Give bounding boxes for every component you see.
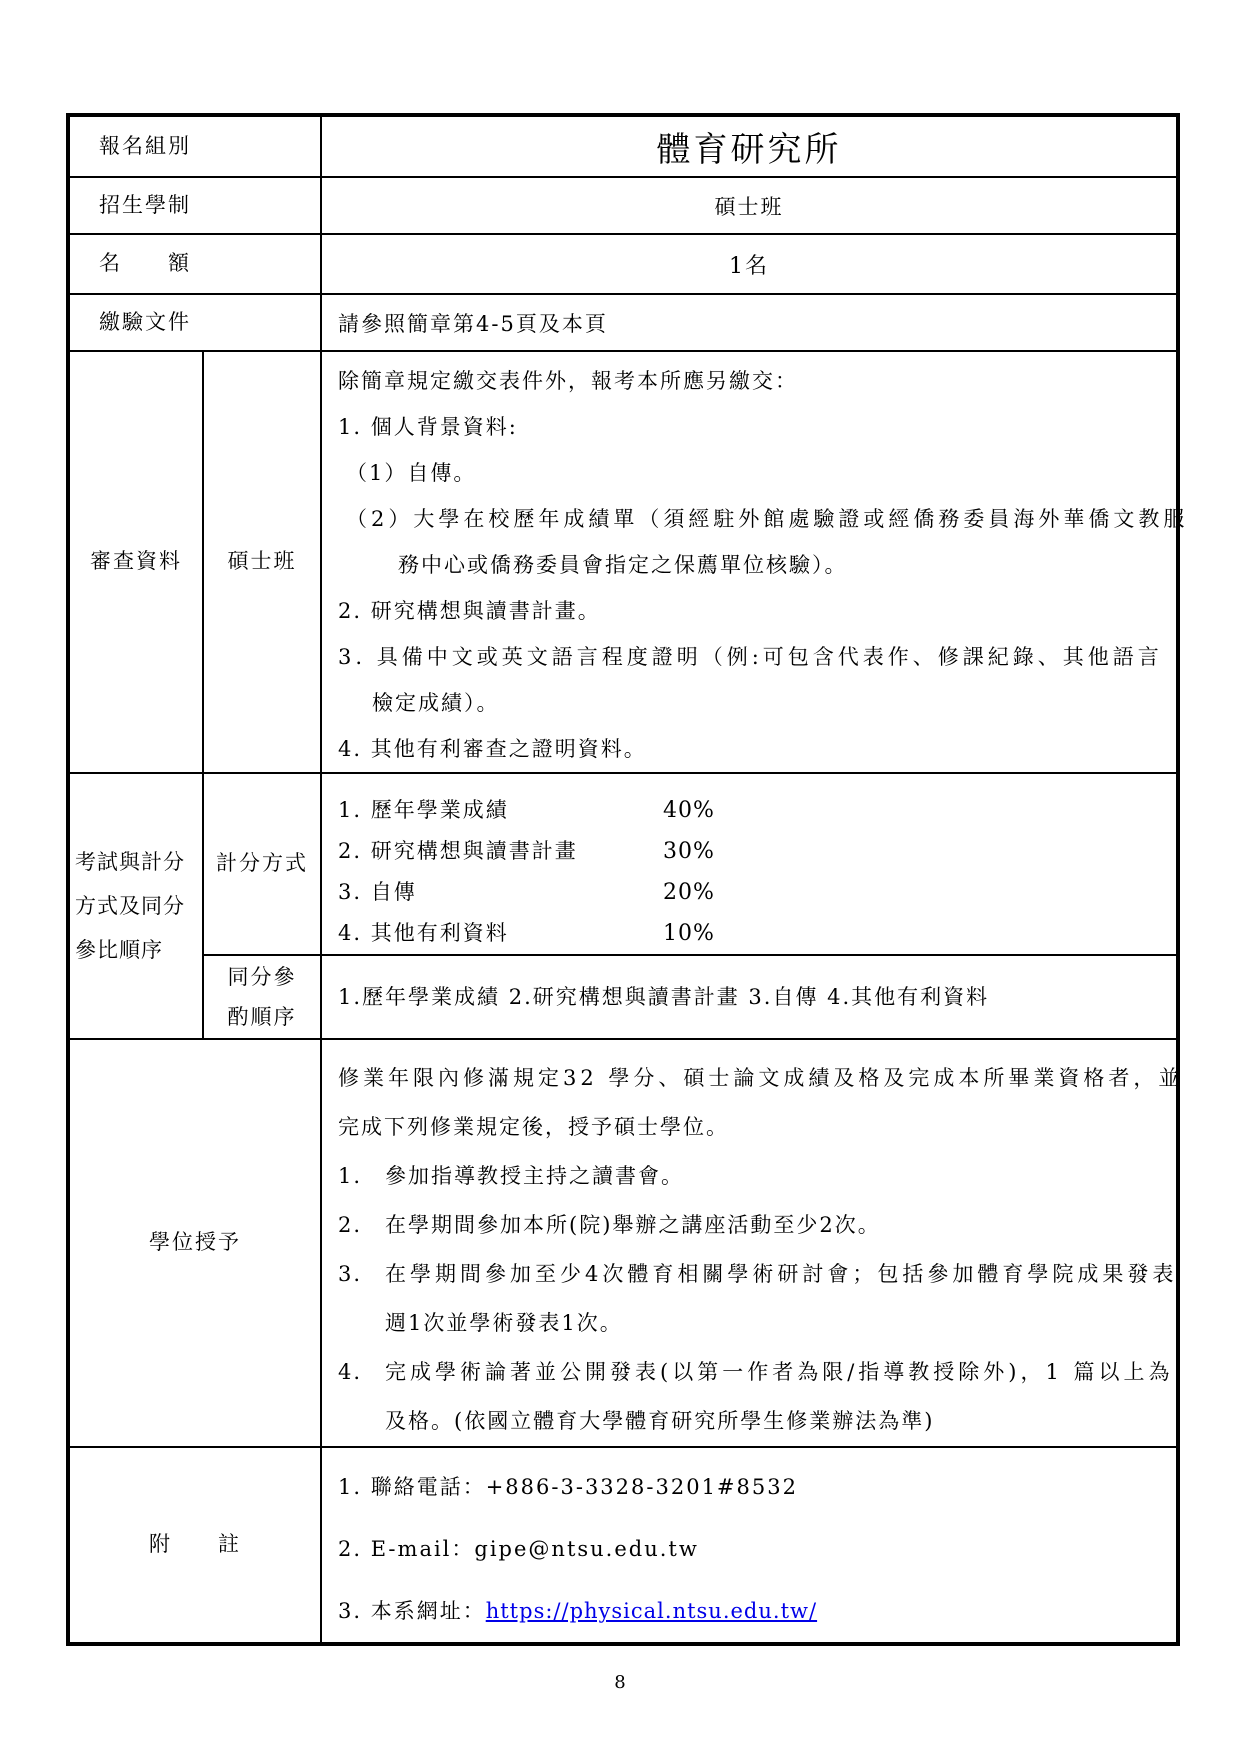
scoring-item: 1. 歷年學業成績 40%	[338, 790, 1170, 831]
scoring-item-name: 2. 研究構想與讀書計畫	[338, 831, 663, 872]
review-line: 務中心或僑務委員會指定之保薦單位核驗）。	[338, 542, 1170, 588]
row-notes: 附 註 1. 聯絡電話：+886-3-3328-3201#8532 2. E-m…	[68, 1447, 1178, 1644]
degree-line-text: 參加指導教授主持之讀書會。	[385, 1152, 684, 1201]
page-number: 8	[0, 1672, 1240, 1693]
scoring-item-pct: 20%	[663, 872, 715, 913]
degree-line: 及格。(依國立體育大學體育研究所學生修業辦法為準)	[338, 1397, 1170, 1446]
tiebreak-value: 1.歷年學業成績 2.研究構想與讀書計畫 3.自傳 4.其他有利資料	[321, 955, 1178, 1039]
review-line: 除簡章規定繳交表件外，報考本所應另繳交：	[338, 358, 1170, 404]
notes-content: 1. 聯絡電話：+886-3-3328-3201#8532 2. E-mail：…	[321, 1447, 1178, 1644]
review-line: 1. 個人背景資料:	[338, 404, 1170, 450]
scoring-content: 1. 歷年學業成績 40% 2. 研究構想與讀書計畫 30% 3. 自傳 20%…	[321, 773, 1178, 955]
system-value: 碩士班	[321, 177, 1178, 234]
degree-label: 學位授予	[68, 1039, 321, 1447]
admission-table: 報名組別 體育研究所 招生學制 碩士班 名 額 1名 繳驗文件 請參照簡章第4-…	[66, 113, 1180, 1646]
degree-line-number: 3.	[338, 1250, 385, 1299]
degree-line: 1. 參加指導教授主持之讀書會。	[338, 1152, 1170, 1201]
review-content: 除簡章規定繳交表件外，報考本所應另繳交： 1. 個人背景資料: （1）自傳。 （…	[321, 351, 1178, 773]
review-line: 檢定成績）。	[338, 680, 1170, 726]
system-label: 招生學制	[68, 177, 321, 234]
quota-label: 名 額	[68, 234, 321, 294]
group-label: 報名組別	[68, 115, 321, 177]
row-documents: 繳驗文件 請參照簡章第4-5頁及本頁	[68, 294, 1178, 351]
review-line: 4. 其他有利審查之證明資料。	[338, 726, 1170, 772]
scoring-item: 2. 研究構想與讀書計畫 30%	[338, 831, 1170, 872]
degree-content: 修業年限內修滿規定32 學分、碩士論文成績及格及完成本所畢業資格者，並 完成下列…	[321, 1039, 1178, 1447]
degree-line-number: 1.	[338, 1152, 385, 1201]
degree-line: 3. 在學期間參加至少4次體育相關學術研討會；包括參加體育學院成果發表	[338, 1250, 1170, 1299]
scoring-item-pct: 40%	[663, 790, 715, 831]
scoring-item: 4. 其他有利資料 10%	[338, 913, 1170, 954]
scoring-sublabel: 計分方式	[203, 773, 321, 955]
review-line: （1）自傳。	[338, 450, 1170, 496]
scoring-item-name: 4. 其他有利資料	[338, 913, 663, 954]
review-line: 3. 具備中文或英文語言程度證明（例:可包含代表作、修課紀錄、其他語言	[338, 634, 1170, 680]
website-link[interactable]: https://physical.ntsu.edu.tw/	[486, 1599, 817, 1623]
row-scoring: 考試與計分方式及同分參比順序 計分方式 1. 歷年學業成績 40% 2. 研究構…	[68, 773, 1178, 955]
row-system: 招生學制 碩士班	[68, 177, 1178, 234]
row-tiebreak: 同分參酌順序 1.歷年學業成績 2.研究構想與讀書計畫 3.自傳 4.其他有利資…	[68, 955, 1178, 1039]
review-sublabel: 碩士班	[203, 351, 321, 773]
degree-line-text: 完成學術論著並公開發表(以第一作者為限/指導教授除外)，1 篇以上為	[385, 1348, 1174, 1397]
scoring-item-pct: 10%	[663, 913, 715, 954]
row-group: 報名組別 體育研究所	[68, 115, 1178, 177]
tiebreak-line: 1.歷年學業成績 2.研究構想與讀書計畫 3.自傳 4.其他有利資料	[338, 987, 1170, 1008]
review-label: 審查資料	[68, 351, 203, 773]
degree-line: 2. 在學期間參加本所(院)舉辦之講座活動至少2次。	[338, 1201, 1170, 1250]
degree-line: 4. 完成學術論著並公開發表(以第一作者為限/指導教授除外)，1 篇以上為	[338, 1348, 1170, 1397]
degree-line-text: 在學期間參加至少4次體育相關學術研討會；包括參加體育學院成果發表	[385, 1250, 1177, 1299]
exam-label: 考試與計分方式及同分參比順序	[68, 773, 203, 1039]
row-review: 審查資料 碩士班 除簡章規定繳交表件外，報考本所應另繳交： 1. 個人背景資料:…	[68, 351, 1178, 773]
degree-line: 完成下列修業規定後，授予碩士學位。	[338, 1103, 1170, 1152]
documents-value: 請參照簡章第4-5頁及本頁	[321, 294, 1178, 351]
row-quota: 名 額 1名	[68, 234, 1178, 294]
degree-line: 修業年限內修滿規定32 學分、碩士論文成績及格及完成本所畢業資格者，並	[338, 1054, 1170, 1103]
notes-email-line: 2. E-mail：gipe@ntsu.edu.tw	[338, 1518, 1170, 1580]
degree-line-number: 4.	[338, 1348, 385, 1397]
scoring-item-pct: 30%	[663, 831, 715, 872]
quota-value: 1名	[321, 234, 1178, 294]
tiebreak-sublabel: 同分參酌順序	[203, 955, 321, 1039]
row-degree: 學位授予 修業年限內修滿規定32 學分、碩士論文成績及格及完成本所畢業資格者，並…	[68, 1039, 1178, 1447]
scoring-item-name: 3. 自傳	[338, 872, 663, 913]
scoring-item: 3. 自傳 20%	[338, 872, 1170, 913]
degree-line: 週1次並學術發表1次。	[338, 1299, 1170, 1348]
scoring-item-name: 1. 歷年學業成績	[338, 790, 663, 831]
degree-line-text: 在學期間參加本所(院)舉辦之講座活動至少2次。	[385, 1201, 881, 1250]
notes-website-prefix: 3. 本系網址：	[338, 1599, 486, 1623]
documents-label: 繳驗文件	[68, 294, 321, 351]
notes-phone-line: 1. 聯絡電話：+886-3-3328-3201#8532	[338, 1456, 1170, 1518]
review-line: 2. 研究構想與讀書計畫。	[338, 588, 1170, 634]
notes-website-line: 3. 本系網址：https://physical.ntsu.edu.tw/	[338, 1580, 1170, 1642]
review-line: （2）大學在校歷年成績單（須經駐外館處驗證或經僑務委員海外華僑文教服	[338, 496, 1170, 542]
group-value: 體育研究所	[321, 115, 1178, 177]
notes-label: 附 註	[68, 1447, 321, 1644]
document-page: 報名組別 體育研究所 招生學制 碩士班 名 額 1名 繳驗文件 請參照簡章第4-…	[0, 0, 1240, 1753]
degree-line-number: 2.	[338, 1201, 385, 1250]
